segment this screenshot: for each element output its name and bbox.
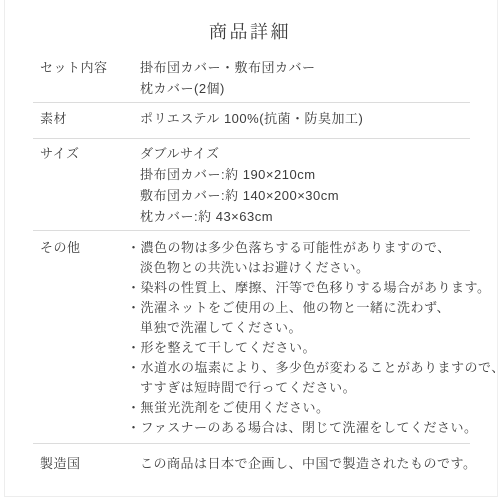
bullet-line: ・無蛍光洗剤をご使用ください。 <box>140 398 470 418</box>
bullet-continuation-line: すすぎは短時間で行ってください。 <box>140 378 470 398</box>
row-value: ポリエステル 100%(抗菌・防臭加工) <box>140 108 470 129</box>
value-line: 枕カバー:約 43×63cm <box>140 206 470 227</box>
spec-row-size: サイズ ダブルサイズ 掛布団カバー:約 190×210cm 敷布団カバー:約 1… <box>33 139 470 231</box>
bullet-line: ・形を整えて干してください。 <box>140 338 470 358</box>
row-value: ダブルサイズ 掛布団カバー:約 190×210cm 敷布団カバー:約 140×2… <box>140 143 470 227</box>
value-line: 枕カバー(2個) <box>140 78 470 99</box>
value-line: 掛布団カバー・敷布団カバー <box>140 57 470 78</box>
value-line: 掛布団カバー:約 190×210cm <box>140 164 470 185</box>
row-value: ・濃色の物は多少色落ちする可能性がありますので、 淡色物との共洗いはお避けくださ… <box>140 238 470 438</box>
row-label: 素材 <box>33 108 140 129</box>
spec-table: セット内容 掛布団カバー・敷布団カバー 枕カバー(2個) 素材 ポリエステル 1… <box>33 53 470 486</box>
bullet-continuation-line: 淡色物との共洗いはお避けください。 <box>140 258 470 278</box>
row-value: 掛布団カバー・敷布団カバー 枕カバー(2個) <box>140 57 470 99</box>
page-title: 商品詳細 <box>0 0 500 45</box>
spec-row-country-of-origin: 製造国 この商品は日本で企画し、中国で製造されたものです。 <box>33 444 470 486</box>
bullet-line: ・染料の性質上、摩擦、汗等で色移りする場合があります。 <box>140 278 470 298</box>
row-label: 製造国 <box>33 453 140 474</box>
spec-row-set-contents: セット内容 掛布団カバー・敷布団カバー 枕カバー(2個) <box>33 53 470 103</box>
product-detail-panel: 商品詳細 セット内容 掛布団カバー・敷布団カバー 枕カバー(2個) 素材 ポリエ… <box>0 0 500 500</box>
bullet-line: ・水道水の塩素により、多少色が変わることがありますので、 <box>140 358 470 378</box>
bullet-line: ・濃色の物は多少色落ちする可能性がありますので、 <box>140 238 470 258</box>
row-value: この商品は日本で企画し、中国で製造されたものです。 <box>140 453 470 474</box>
value-line: ポリエステル 100%(抗菌・防臭加工) <box>140 108 470 129</box>
bullet-line: ・ファスナーのある場合は、閉じて洗濯をしてください。 <box>140 418 470 438</box>
spec-row-notes: その他 ・濃色の物は多少色落ちする可能性がありますので、 淡色物との共洗いはお避… <box>33 231 470 444</box>
value-line: ダブルサイズ <box>140 143 470 164</box>
value-line: この商品は日本で企画し、中国で製造されたものです。 <box>140 453 470 474</box>
bullet-continuation-line: 単独で洗濯してください。 <box>140 318 470 338</box>
value-line: 敷布団カバー:約 140×200×30cm <box>140 185 470 206</box>
row-label: その他 <box>33 238 140 258</box>
row-label: サイズ <box>33 143 140 164</box>
bullet-line: ・洗濯ネットをご使用の上、他の物と一緒に洗わず、 <box>140 298 470 318</box>
spec-row-material: 素材 ポリエステル 100%(抗菌・防臭加工) <box>33 103 470 139</box>
row-label: セット内容 <box>33 57 140 78</box>
